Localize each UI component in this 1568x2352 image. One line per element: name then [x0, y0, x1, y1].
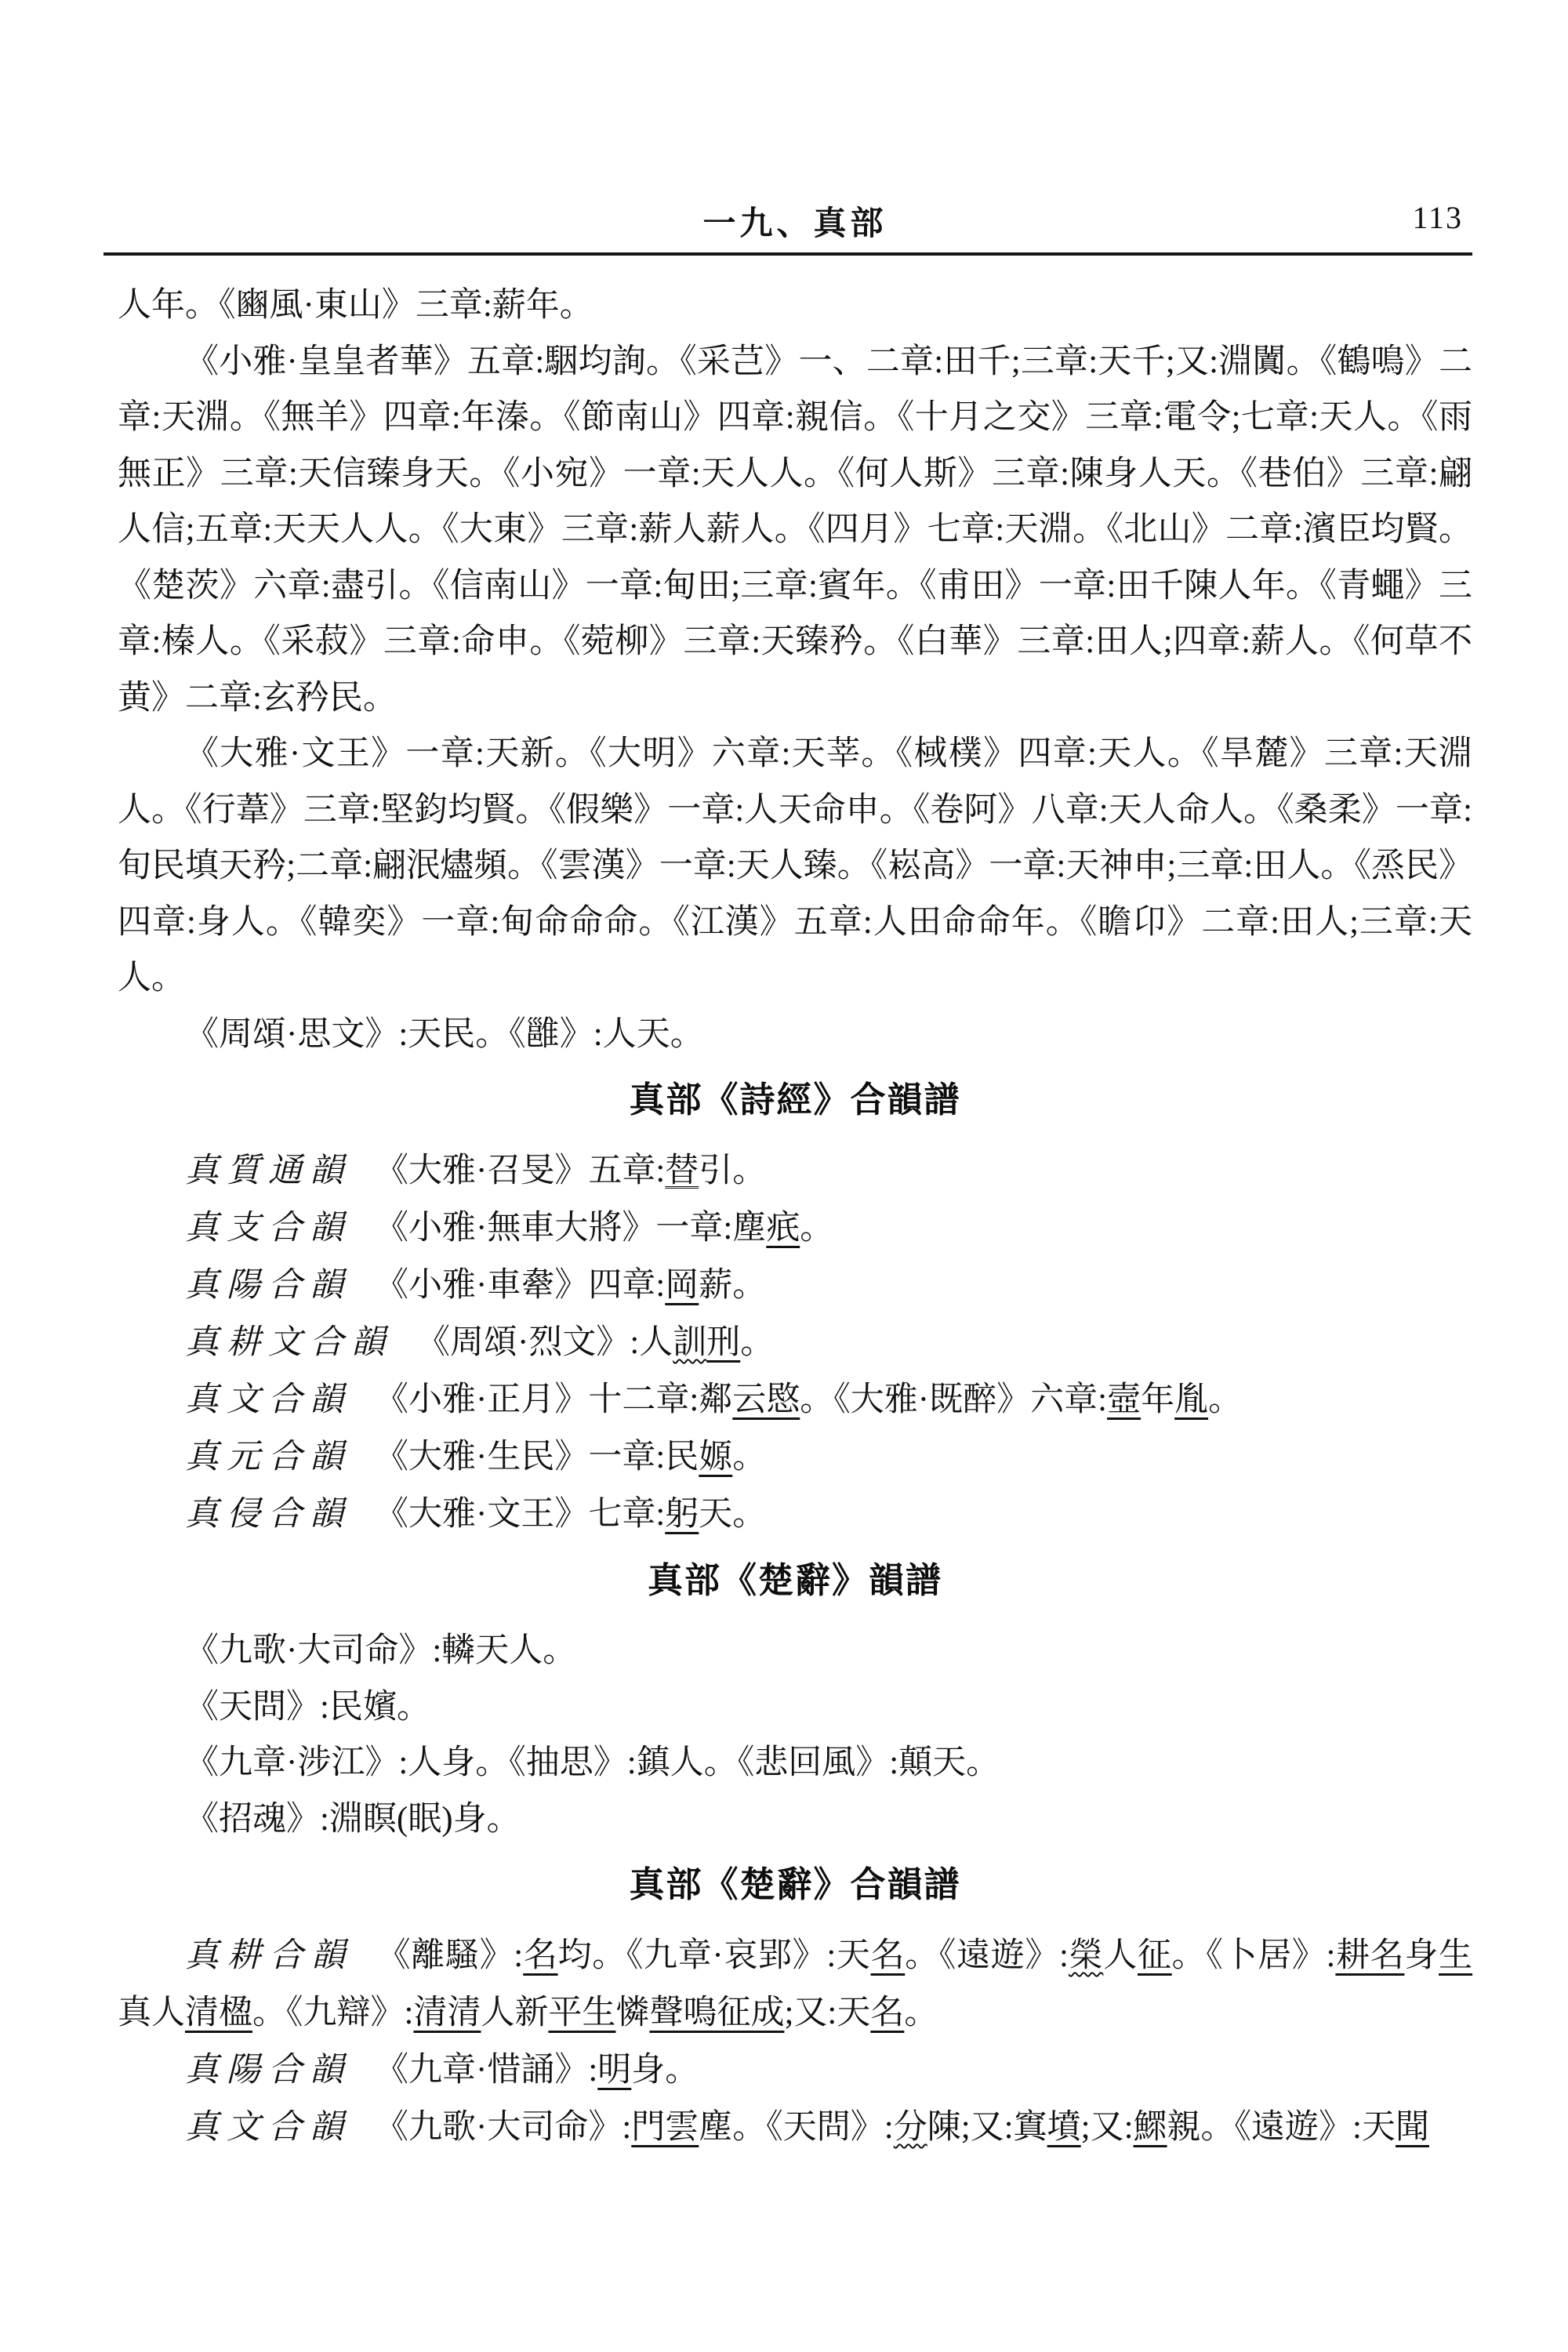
text-run: 《九章·惜誦》:: [375, 2052, 597, 2089]
rhyme-entry: 真元合韻《大雅·生民》一章:民嫄。: [118, 1428, 1472, 1486]
text-run: 。: [740, 1324, 774, 1361]
rhyme-mark-u: 門雲: [631, 2109, 699, 2146]
rhyme-mark-u: 清楹: [185, 1994, 252, 2031]
running-title: 一九、真部: [118, 198, 1472, 245]
rhyme-mark-u: 胤: [1174, 1381, 1208, 1418]
rhyme-entry: 真耕合韻《離騷》:名均。《九章·哀郢》:天名。《遠遊》:榮人征。《卜居》:耕名身…: [118, 1927, 1472, 2042]
rhyme-mark-u: 云愍: [732, 1381, 800, 1418]
text-run: 《小雅·正月》十二章:鄰: [375, 1381, 732, 1418]
entry-label: 真質通韻: [185, 1152, 375, 1189]
text-run: 真人: [118, 1994, 185, 2031]
rhyme-mark-uw: 分: [894, 2109, 927, 2146]
text-run: 。: [732, 1439, 766, 1475]
rhyme-mark-u: 名: [523, 1937, 557, 1974]
text-run: 《大雅·生民》一章:民: [375, 1439, 699, 1475]
entry-label: 真元合韻: [185, 1439, 375, 1475]
text-run: 《大雅·文王》一章:天新。《大明》六章:天莘。《棫樸》四章:天人。《旱麓》三章:…: [118, 735, 1472, 996]
text-run: 《大雅·召旻》五章:: [375, 1152, 665, 1189]
section-heading: 真部《楚辭》合韻譜: [118, 1857, 1472, 1913]
book-page: 一九、真部 113 人年。《豳風·東山》三章:薪年。《小雅·皇皇者華》五章:駰均…: [0, 0, 1568, 2352]
text-run: 人年。《豳風·東山》三章:薪年。: [118, 287, 593, 324]
rhyme-mark-uu: 替: [665, 1152, 699, 1189]
rhyme-entry: 真陽合韻《九章·惜誦》:明身。: [118, 2042, 1472, 2099]
entry-label: 真陽合韻: [185, 2052, 375, 2089]
text-run: 塵。《天問》:: [699, 2109, 893, 2146]
text-run: 親。《遠遊》:天: [1167, 2109, 1396, 2146]
text-run: 陳;又:窴: [927, 2109, 1047, 2146]
text-run: 天。: [699, 1496, 766, 1533]
entry-label: 真耕文合韻: [185, 1324, 416, 1361]
text-run: 《九歌·大司命》:: [375, 2109, 631, 2146]
text-run: 身。: [631, 2052, 699, 2089]
rhyme-mark-u: 壼: [1107, 1381, 1141, 1418]
paragraph: 《大雅·文王》一章:天新。《大明》六章:天莘。《棫樸》四章:天人。《旱麓》三章:…: [118, 726, 1472, 1007]
rhyme-entry: 真侵合韻《大雅·文王》七章:躬天。: [118, 1486, 1472, 1543]
text-body: 人年。《豳風·東山》三章:薪年。《小雅·皇皇者華》五章:駰均詢。《采芑》一、二章…: [118, 278, 1472, 2156]
rhyme-entry: 真文合韻《小雅·正月》十二章:鄰云愍。《大雅·既醉》六章:壼年胤。: [118, 1371, 1472, 1428]
rhyme-mark-u: 墳: [1047, 2109, 1081, 2146]
entry-label: 真文合韻: [185, 1381, 375, 1418]
rhyme-line: 《九章·涉江》:人身。《抽思》:鎮人。《悲回風》:顛天。: [118, 1735, 1472, 1791]
text-run: 《小雅·皇皇者華》五章:駰均詢。《采芑》一、二章:田千;三章:天千;又:淵闐。《…: [118, 343, 1472, 717]
text-run: 引。: [699, 1152, 766, 1189]
rhyme-line: 《九歌·大司命》:轔天人。: [118, 1623, 1472, 1679]
text-run: 人新: [481, 1994, 548, 2031]
text-run: 。《九辯》:: [252, 1994, 413, 2031]
rhyme-mark-u: 明: [597, 2052, 631, 2089]
rhyme-entry: 真陽合韻《小雅·車舝》四章:岡薪。: [118, 1257, 1472, 1314]
rhyme-line: 《招魂》:淵瞑(眠)身。: [118, 1791, 1472, 1848]
paragraph: 《周頌·思文》:天民。《雝》:人天。: [118, 1007, 1472, 1063]
rhyme-mark-u: 刑: [706, 1324, 740, 1361]
text-run: 人: [1103, 1937, 1138, 1974]
text-run: 《大雅·文王》七章:: [375, 1496, 665, 1533]
section-heading: 真部《詩經》合韻譜: [118, 1072, 1472, 1128]
text-run: 。《遠遊》:: [905, 1937, 1069, 1974]
rhyme-mark-u: 疧: [766, 1210, 800, 1247]
rhyme-mark-uw: 訓: [673, 1324, 706, 1361]
text-run: 均。《九章·哀郢》:天: [558, 1937, 871, 1974]
rhyme-mark-u: 名: [871, 1937, 906, 1974]
entry-label: 真侵合韻: [185, 1496, 375, 1533]
rhyme-mark-u: 耕名: [1335, 1937, 1404, 1974]
rhyme-entry: 真文合韻《九歌·大司命》:門雲塵。《天問》:分陳;又:窴墳;又:鰥親。《遠遊》:…: [118, 2099, 1472, 2156]
text-run: 身: [1404, 1937, 1439, 1974]
entry-label: 真文合韻: [185, 2109, 375, 2146]
rhyme-mark-uw: 榮: [1069, 1937, 1103, 1974]
section-heading: 真部《楚辭》韻譜: [118, 1552, 1472, 1609]
paragraph: 《小雅·皇皇者華》五章:駰均詢。《采芑》一、二章:田千;三章:天千;又:淵闐。《…: [118, 334, 1472, 727]
text-run: 。: [800, 1210, 833, 1247]
rhyme-mark-u: 生: [1439, 1937, 1472, 1974]
rhyme-mark-u: 躬: [665, 1496, 699, 1533]
text-run: 《天問》:民嬪。: [185, 1689, 430, 1726]
text-run: 《小雅·車舝》四章:: [375, 1267, 665, 1304]
text-run: ;又:: [1081, 2109, 1134, 2146]
rhyme-entry: 真質通韻《大雅·召旻》五章:替引。: [118, 1142, 1472, 1200]
rhyme-mark-u: 清清: [413, 1994, 481, 2031]
text-run: 憐: [615, 1994, 649, 2031]
rhyme-mark-u: 聲鳴征成: [649, 1994, 784, 2031]
rhyme-entry: 真耕文合韻《周頌·烈文》:人訓刑。: [118, 1314, 1472, 1371]
rhyme-mark-u: 名: [870, 1994, 904, 2031]
text-run: 《招魂》:淵瞑(眠)身。: [185, 1801, 521, 1838]
rhyme-mark-u: 聞: [1396, 2109, 1429, 2146]
entry-label: 真支合韻: [185, 1210, 375, 1247]
paragraph: 人年。《豳風·東山》三章:薪年。: [118, 278, 1472, 334]
entry-label: 真陽合韻: [185, 1267, 375, 1304]
text-run: 。《卜居》:: [1172, 1937, 1336, 1974]
text-run: 《小雅·無車大將》一章:塵: [375, 1210, 766, 1247]
text-run: 《離騷》:: [377, 1937, 524, 1974]
rhyme-mark-u: 平生: [548, 1994, 615, 2031]
text-run: 。《大雅·既醉》六章:: [800, 1381, 1107, 1418]
text-run: 年: [1141, 1381, 1174, 1418]
entry-label: 真耕合韻: [185, 1937, 377, 1974]
text-run: 薪。: [699, 1267, 766, 1304]
text-run: 。: [1208, 1381, 1242, 1418]
rhyme-mark-u: 征: [1138, 1937, 1172, 1974]
rhyme-mark-u: 鰥: [1134, 2109, 1167, 2146]
text-run: 《周頌·烈文》:人: [416, 1324, 673, 1361]
rhyme-line: 《天問》:民嬪。: [118, 1679, 1472, 1736]
text-run: 。: [904, 1994, 938, 2031]
text-run: 《九章·涉江》:人身。《抽思》:鎮人。《悲回風》:顛天。: [185, 1744, 1000, 1781]
text-run: 《周頌·思文》:天民。《雝》:人天。: [185, 1016, 704, 1053]
page-header: 一九、真部 113: [118, 198, 1472, 245]
header-rule: [103, 252, 1472, 256]
text-run: ;又:天: [784, 1994, 870, 2031]
rhyme-mark-u: 嫄: [699, 1439, 732, 1475]
rhyme-entry: 真支合韻《小雅·無車大將》一章:塵疧。: [118, 1200, 1472, 1257]
page-number: 113: [1412, 199, 1463, 236]
rhyme-mark-u: 岡: [665, 1267, 699, 1304]
text-run: 《九歌·大司命》:轔天人。: [185, 1632, 576, 1669]
